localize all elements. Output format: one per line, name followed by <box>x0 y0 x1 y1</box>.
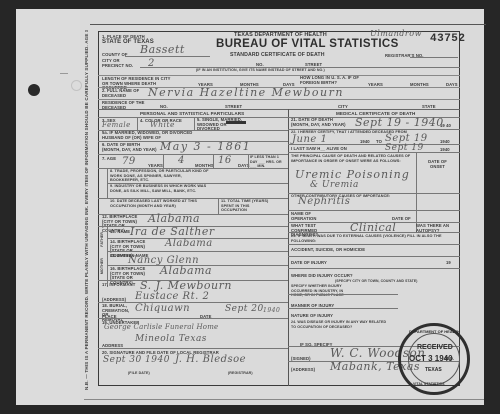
row-rule <box>288 210 460 211</box>
last-saw-label: I LAST SAW H__ ALIVE ON <box>291 146 347 151</box>
registrar-signature: J. H. Bledsoe <box>175 354 246 365</box>
county-label: COUNTY OF <box>102 52 127 57</box>
less-than-day-label: IF LESS THAN 1 DAY ___ HRS. OR ___ MIN. <box>250 155 286 169</box>
marital-checkmark <box>226 121 246 124</box>
row-rule <box>288 244 460 245</box>
age-days-value: 16 <box>218 155 232 166</box>
date-of-death-value: Sept 19 - 1940 <box>355 116 444 129</box>
parents-bracket <box>107 226 108 287</box>
undertaker-address-value: Mineola Texas <box>135 334 207 344</box>
row-rule <box>288 268 460 269</box>
father-name-value: Ira de Salther <box>130 225 215 238</box>
birthplace-value: Alabama <box>148 212 200 225</box>
age-months-value: 4 <box>178 155 185 166</box>
divider <box>416 152 417 232</box>
last-worked-label: 10. DATE DECEASED LAST WORKED AT THIS OC… <box>110 199 210 208</box>
accident-label: ACCIDENT, SUICIDE, OR HOMICIDE <box>291 247 365 252</box>
full-name-label: 2. FULL NAME OF DECEASED <box>102 89 142 98</box>
date-of-onset-label: DATE OF ONSET <box>425 160 450 169</box>
birth-date-label: 6. DATE OF BIRTH (MONTH, DAY, AND YEAR) <box>102 143 157 152</box>
violence-label: 23. IF DEATH WAS DUE TO EXTERNAL CAUSES … <box>291 234 451 243</box>
mother-side-label: MOTHER <box>100 258 105 274</box>
street-label: STREET <box>305 62 322 67</box>
header-rule <box>90 24 486 25</box>
stamp-date: OCT 3 1940 <box>409 354 453 363</box>
margin-mark <box>60 73 68 74</box>
age-label: 7. AGE <box>102 156 116 161</box>
row-rule <box>288 232 460 233</box>
other-conditions-value: Nephritis <box>298 196 350 207</box>
received-stamp: DEPARTMENT OF HEALTH RECEIVED OCT 3 1940… <box>398 323 470 395</box>
no-label: NO. <box>256 62 264 67</box>
precinct-label: CITY OR PRECINCT NO. <box>102 59 142 68</box>
total-time-label: 11. TOTAL TIME (YEARS) SPENT IN THIS OCC… <box>221 199 276 213</box>
row-rule <box>288 308 398 309</box>
sex-value: Female <box>102 121 131 129</box>
divider <box>213 154 214 168</box>
physician-address-label: (ADDRESS) <box>291 367 315 372</box>
father-name-label: 13. NAME <box>110 229 130 234</box>
how-long-usa-label: HOW LONG IN U. S. A. IF OF FOREIGN BIRTH… <box>300 76 360 85</box>
informant-label: 17. INFORMANT <box>102 282 135 287</box>
full-name-value: Nervia Hazeltine Mewbourn <box>148 86 344 99</box>
file-date-value: Sept 30 1940 <box>103 355 170 365</box>
row-rule <box>107 251 288 252</box>
where-injury-label: WHERE DID INJURY OCCUR? <box>291 273 353 278</box>
injury-year-label: 19 <box>446 260 451 265</box>
injury-date-label: DATE OF INJURY <box>291 260 327 265</box>
principal-cause-line2: & Uremia <box>310 180 359 190</box>
bureau-title: BUREAU OF VITAL STATISTICS <box>216 38 399 50</box>
row-rule <box>98 348 288 349</box>
occupation-label: 8. TRADE, PROFESSION, OR PARTICULAR KIND… <box>110 169 210 183</box>
row-rule <box>288 144 460 145</box>
personal-section-title: PERSONAL AND STATISTICAL PARTICULARS <box>140 111 244 116</box>
side-instruction-text: N.B. — THIS IS A PERMANENT RECORD. WRITE… <box>84 30 94 390</box>
burial-year-value: 1940 <box>263 307 280 314</box>
industry-label: 9. INDUSTRY OR BUSINESS IN WHICH WORK WA… <box>110 184 210 193</box>
registrar-line <box>410 57 458 58</box>
date-of-death-label: 21. DATE OF DEATH (MONTH, DAY, AND YEAR) <box>291 118 346 127</box>
county-line <box>125 56 210 57</box>
faint-mark <box>71 80 82 91</box>
row-rule <box>98 318 288 319</box>
burial-date-value: Sept 20 <box>225 304 264 314</box>
row-rule <box>288 152 460 153</box>
divider <box>248 154 249 168</box>
divider <box>218 198 219 214</box>
operation-label: NAME OF OPERATION <box>291 212 316 221</box>
burial-place-value: Chiquawn <box>135 303 190 314</box>
specify-label: SPECIFY WHETHER INJURY OCCURRED IN INDUS… <box>291 284 351 298</box>
related-label: 24. WAS DISEASE OR INJURY IN ANY WAY REL… <box>291 320 391 329</box>
birth-date-value: May 3 - 1861 <box>160 140 251 153</box>
row-rule <box>288 256 460 257</box>
county-value: Bassett <box>140 43 185 56</box>
institution-note: (IF IN AN INSTITUTION, GIVE ITS NAME INS… <box>196 68 325 73</box>
nature-label: NATURE OF INJURY <box>291 313 333 318</box>
row-rule <box>98 109 460 110</box>
certificate-subtitle: STANDARD CERTIFICATE OF DEATH <box>230 52 325 59</box>
row-rule <box>98 117 288 118</box>
principal-cause-label: THE PRINCIPAL CAUSE OF DEATH AND RELATED… <box>291 154 411 163</box>
age-years-value: 79 <box>122 156 136 167</box>
divider <box>194 117 195 130</box>
undertaker-value: George Carlisle Funeral Home <box>104 323 218 331</box>
certificate-number: 43752 <box>430 33 466 45</box>
stamp-bottom-text: VITAL STATISTICS <box>413 382 444 386</box>
registrar-caption: (REGISTRAR) <box>228 371 253 376</box>
father-side-label: FATHER <box>100 232 105 247</box>
spouse-label: 5a. IF MARRIED, WIDOWED, OR DIVORCED HUS… <box>102 131 212 140</box>
row-rule <box>98 99 460 100</box>
center-divider <box>288 109 289 386</box>
top-handwriting: Ulmandrow <box>370 29 422 38</box>
file-date-caption: (FILE DATE) <box>128 371 150 376</box>
stamp-received: RECEIVED <box>417 344 453 351</box>
punch-hole <box>28 84 40 96</box>
informant-address-value: Eustace Rt. 2 <box>135 291 209 302</box>
father-birthplace-value: Alabama <box>165 238 213 249</box>
mother-birthplace-value: Alabama <box>160 264 212 277</box>
date-of-death-suffix: 19 40 <box>440 123 451 128</box>
row-rule <box>288 294 398 295</box>
color-value: White <box>150 120 175 129</box>
bottom-rule <box>84 399 484 400</box>
divider <box>163 154 164 168</box>
stamp-top-text: DEPARTMENT OF HEALTH <box>409 329 460 334</box>
divider <box>137 117 138 130</box>
stamp-state: TEXAS <box>425 367 442 373</box>
